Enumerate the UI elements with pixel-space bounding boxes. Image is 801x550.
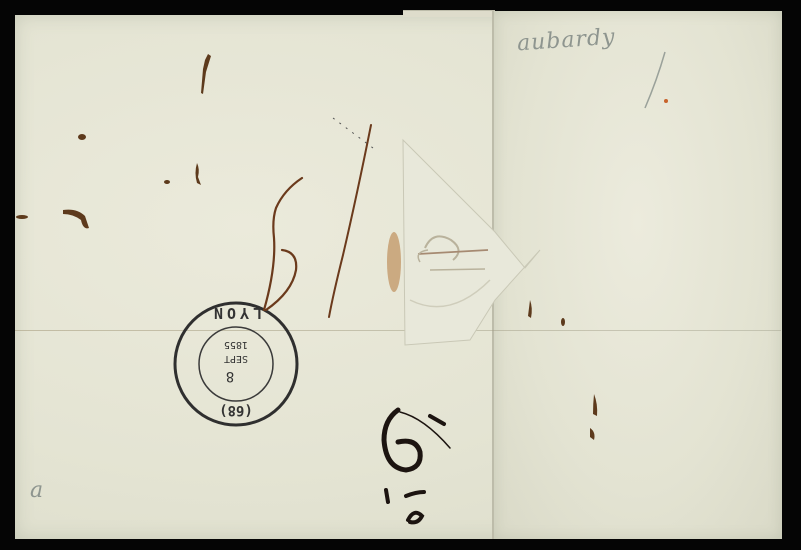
ink-spots — [16, 54, 668, 440]
svg-text:LYON: LYON — [210, 304, 262, 322]
lyon-postmark: LYON (68) 8 SEPT 1855 — [175, 303, 297, 425]
embossed-seal — [387, 140, 540, 345]
svg-text:8: 8 — [226, 368, 234, 384]
rate-mark-6 — [384, 410, 450, 522]
svg-text:(68): (68) — [219, 402, 253, 418]
manuscript-docket — [264, 125, 371, 317]
markings-layer: LYON (68) 8 SEPT 1855 — [0, 0, 801, 550]
svg-text:1855: 1855 — [224, 339, 248, 350]
svg-text:SEPT: SEPT — [224, 353, 248, 364]
pencil-annotation-corner: a — [30, 478, 43, 503]
